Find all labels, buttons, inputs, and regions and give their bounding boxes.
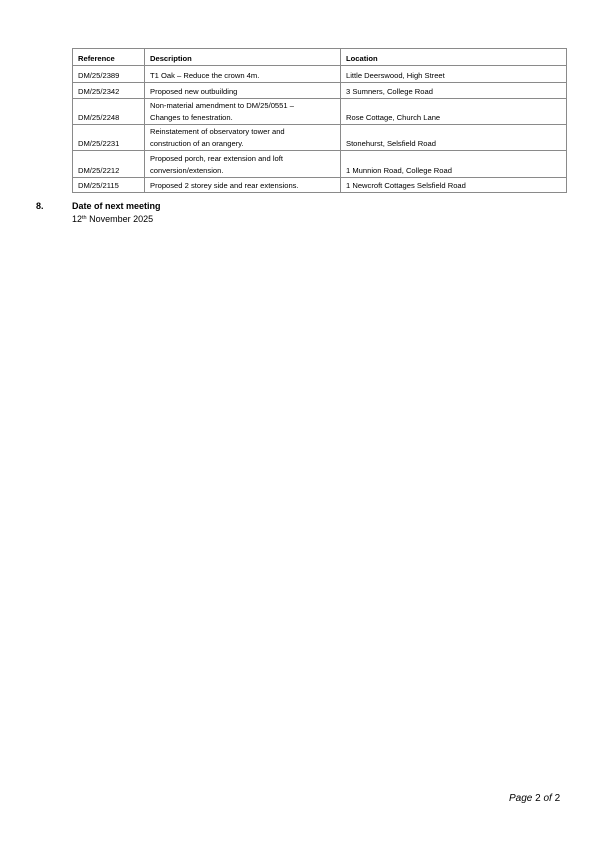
cell-reference: DM/25/2248: [73, 99, 145, 125]
description-line: Proposed new outbuilding: [150, 87, 237, 96]
cell-reference: DM/25/2212: [73, 151, 145, 178]
section-number: 8.: [36, 201, 44, 211]
table-row: DM/25/2115 Proposed 2 storey side and re…: [73, 178, 567, 193]
next-meeting-date: 12th November 2025: [72, 214, 153, 224]
description-line: T1 Oak – Reduce the crown 4m.: [150, 71, 259, 80]
date-day: 12: [72, 214, 82, 224]
table-row: DM/25/2342 Proposed new outbuilding 3 Su…: [73, 83, 567, 99]
page-word: Page: [509, 793, 535, 804]
header-location: Location: [341, 49, 567, 66]
cell-reference: DM/25/2231: [73, 125, 145, 151]
cell-description: Non-material amendment to DM/25/0551 –Ch…: [145, 99, 341, 125]
cell-location: Rose Cottage, Church Lane: [341, 99, 567, 125]
description-line: Changes to fenestration.: [150, 113, 233, 122]
cell-description: Proposed new outbuilding: [145, 83, 341, 99]
cell-location: Little Deerswood, High Street: [341, 66, 567, 83]
page-footer: Page 2 of 2: [509, 793, 560, 804]
description-line: construction of an orangery.: [150, 139, 244, 148]
description-line: Non-material amendment to DM/25/0551 –: [150, 101, 294, 110]
header-reference: Reference: [73, 49, 145, 66]
cell-location: Stonehurst, Selsfield Road: [341, 125, 567, 151]
header-description: Description: [145, 49, 341, 66]
date-rest: November 2025: [87, 214, 154, 224]
description-line: Proposed 2 storey side and rear extensio…: [150, 181, 299, 190]
cell-location: 1 Newcroft Cottages Selsfield Road: [341, 178, 567, 193]
cell-reference: DM/25/2342: [73, 83, 145, 99]
page-total: 2: [555, 793, 561, 804]
table-row: DM/25/2212 Proposed porch, rear extensio…: [73, 151, 567, 178]
cell-description: Proposed 2 storey side and rear extensio…: [145, 178, 341, 193]
cell-reference: DM/25/2115: [73, 178, 145, 193]
section-title: Date of next meeting: [72, 201, 161, 211]
cell-description: Proposed porch, rear extension and loftc…: [145, 151, 341, 178]
planning-applications-table: Reference Description Location DM/25/238…: [72, 48, 567, 193]
table-row: DM/25/2248 Non-material amendment to DM/…: [73, 99, 567, 125]
table-row: DM/25/2231 Reinstatement of observatory …: [73, 125, 567, 151]
description-line: Reinstatement of observatory tower and: [150, 127, 285, 136]
cell-description: T1 Oak – Reduce the crown 4m.: [145, 66, 341, 83]
of-word: of: [541, 793, 555, 804]
description-line: conversion/extension.: [150, 166, 223, 175]
cell-description: Reinstatement of observatory tower andco…: [145, 125, 341, 151]
cell-location: 1 Munnion Road, College Road: [341, 151, 567, 178]
cell-location: 3 Sumners, College Road: [341, 83, 567, 99]
table-header-row: Reference Description Location: [73, 49, 567, 66]
description-line: Proposed porch, rear extension and loft: [150, 154, 283, 163]
table-row: DM/25/2389 T1 Oak – Reduce the crown 4m.…: [73, 66, 567, 83]
cell-reference: DM/25/2389: [73, 66, 145, 83]
